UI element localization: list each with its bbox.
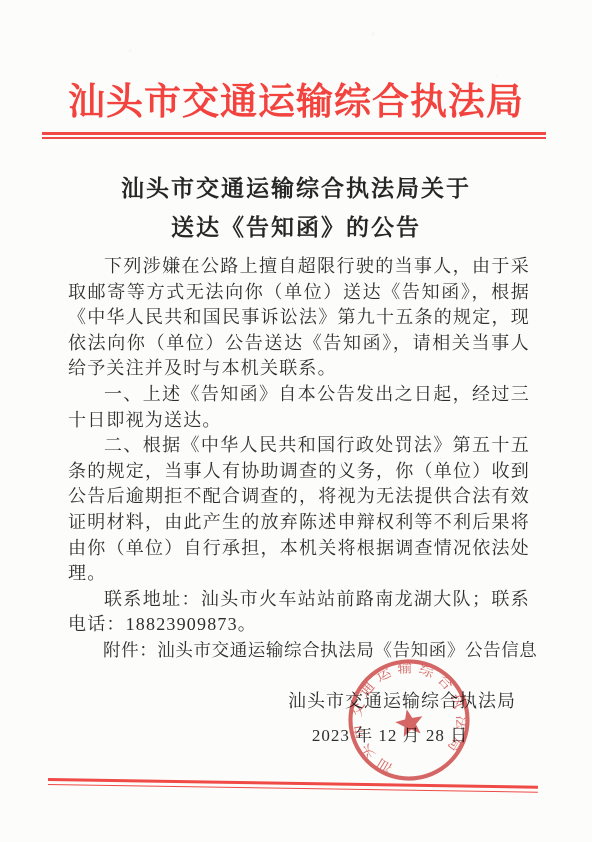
footer-rule xyxy=(48,778,538,792)
attachment-line: 附件：汕头市交通运输综合执法局《告知函》公告信息 xyxy=(68,637,546,662)
header-rule xyxy=(42,132,546,139)
official-seal-stamp: 汕头市交通运输综合执法局 xyxy=(333,644,485,796)
document-page: 汕头市交通运输综合执法局 汕头市交通运输综合执法局关于 送达《告知函》的公告 下… xyxy=(0,0,592,842)
star-icon xyxy=(393,706,426,738)
letterhead-title: 汕头市交通运输综合执法局 xyxy=(0,71,592,125)
document-title-line1: 汕头市交通运输综合执法局关于 xyxy=(0,169,592,208)
document-title: 汕头市交通运输综合执法局关于 送达《告知函》的公告 xyxy=(0,169,592,247)
body-text: 下列涉嫌在公路上擅自超限行驶的当事人，由于采取邮寄等方式无法向你（单位）送达《告… xyxy=(68,254,530,638)
paragraph-item-1: 一、上述《告知函》自本公告发出之日起，经过三十日即视为送达。 xyxy=(68,382,530,433)
paragraph-intro: 下列涉嫌在公路上擅自超限行驶的当事人，由于采取邮寄等方式无法向你（单位）送达《告… xyxy=(68,254,530,382)
paragraph-contact: 联系地址：汕头市火车站站前路南龙湖大队；联系电话：18823909873。 xyxy=(68,587,530,638)
document-title-line2: 送达《告知函》的公告 xyxy=(0,208,592,247)
paragraph-item-2: 二、根据《中华人民共和国行政处罚法》第五十五条的规定，当事人有协助调查的义务，你… xyxy=(68,433,530,587)
